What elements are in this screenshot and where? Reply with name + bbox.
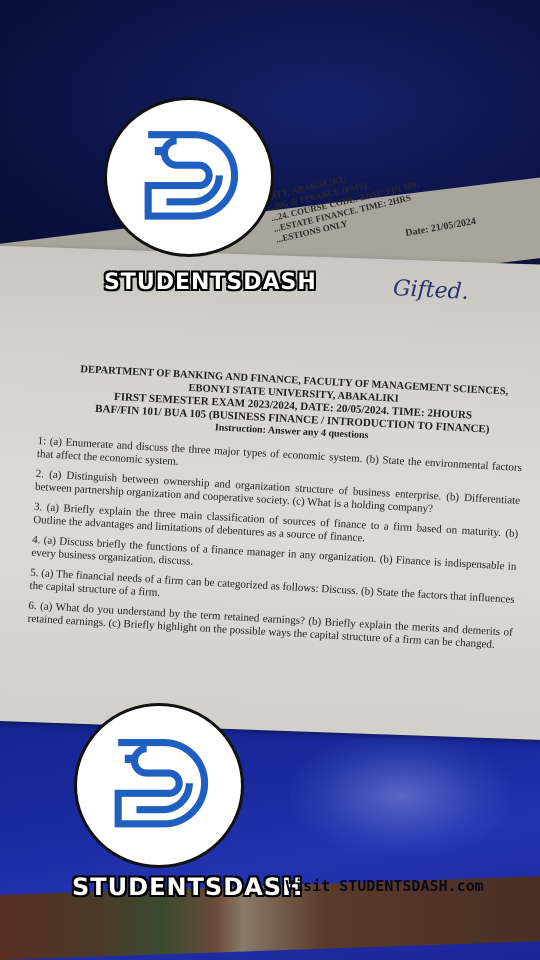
studentsdash-logo-icon xyxy=(108,728,210,842)
studentsdash-logo-top xyxy=(104,97,274,257)
visit-website-text: Visit STUDENTSDASH.com xyxy=(285,877,484,895)
handwritten-note: Gifted. xyxy=(392,276,469,305)
question-list: 1: (a) Enumerate and discuss the three m… xyxy=(27,435,522,660)
studentsdash-logo-bottom xyxy=(74,703,244,868)
brand-name-top: STUDENTSDASH xyxy=(104,270,317,295)
studentsdash-logo-icon xyxy=(138,122,240,233)
plastic-sheen xyxy=(290,735,510,855)
brand-name-bottom: STUDENTSDASH xyxy=(72,873,303,901)
